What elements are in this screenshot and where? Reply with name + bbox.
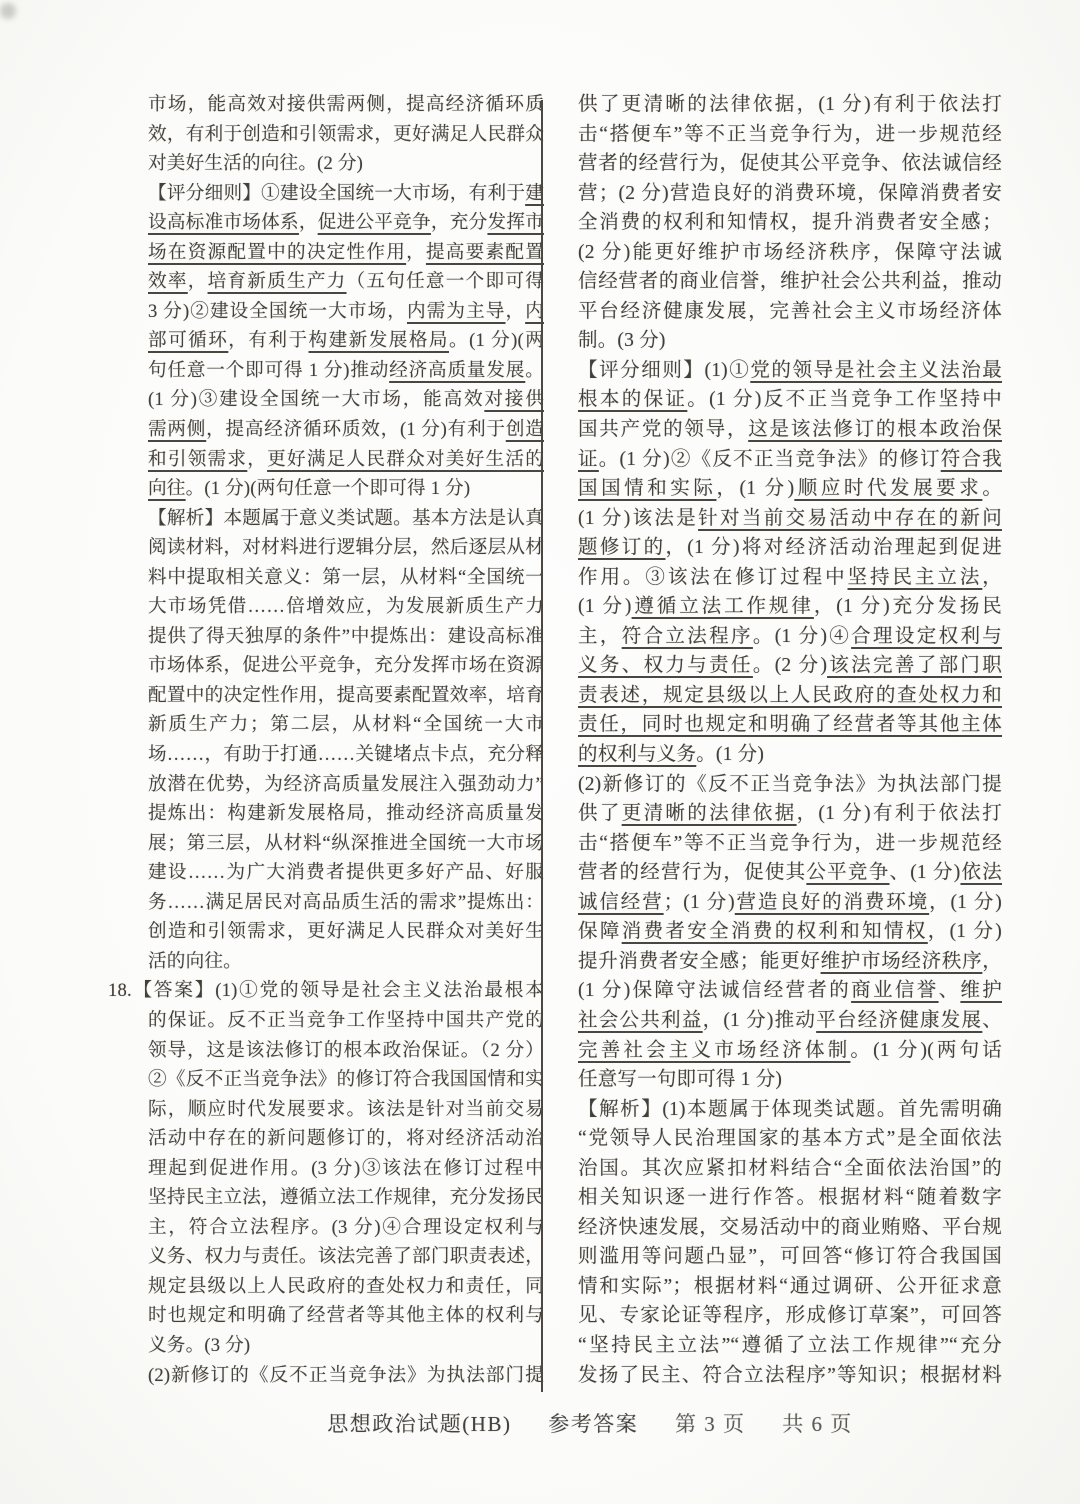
text-line: 提供了得天独厚的条件”中提炼出：建设高标准 [108, 622, 544, 652]
text-line: 制。(3 分) [578, 326, 1002, 356]
text-line: 国共产党的领导，这是该法修订的根本政治保 [578, 415, 1002, 445]
text-line: 则滥用等问题凸显”，可回答“修订符合我国国 [578, 1242, 1002, 1272]
text-line: 向往。(1 分)(两句任意一个即可得 1 分) [108, 474, 544, 504]
text-line: 提升消费者安全感；能更好维护市场经济秩序， [578, 947, 1002, 977]
text-line: 坚持民主立法，遵循立法工作规律，充分发扬民 [108, 1183, 544, 1213]
text-line: 社会公共利益，(1 分)推动平台经济健康发展、 [578, 1006, 1002, 1036]
text-line: 务……满足居民对高品质生活的需求”提炼出： [108, 888, 544, 918]
text-line: 击“搭便车”等不正当竞争行为，进一步规范经 [578, 120, 1002, 150]
page-total: 共 6 页 [782, 1412, 853, 1436]
text-line: 活的向往。 [108, 947, 544, 977]
text-line: 【评分细则】(1)①党的领导是社会主义法治最 [578, 356, 1002, 386]
text-line: 放潜在优势，为经济高质量发展注入强劲动力” [108, 770, 544, 800]
text-line: 发扬了民主、符合立法程序”等知识；根据材料 [578, 1361, 1002, 1391]
text-line: 平台经济健康发展，完善社会主义市场经济体 [578, 297, 1002, 327]
text-line: 证。(1 分)②《反不正当竞争法》的修订符合我 [578, 445, 1002, 475]
text-line: 根本的保证。(1 分)反不正当竞争工作坚持中 [578, 385, 1002, 415]
section-label: 参考答案 [548, 1412, 638, 1436]
text-line: 义务。(3 分) [108, 1331, 544, 1361]
text-line: 治国。其次应紧扣材料结合“全面依法治国”的 [578, 1154, 1002, 1184]
text-line: 提炼出：构建新发展格局，推动经济高质量发 [108, 799, 544, 829]
page-number: 第 3 页 [675, 1412, 746, 1436]
text-line: 主，符合立法程序。(1 分)④合理设定权利与 [578, 622, 1002, 652]
text-line: 全消费的权利和知情权，提升消费者安全感； [578, 208, 1002, 238]
scanned-answer-page: 市场，能高效对接供需两侧，提高经济循环质效，有利于创造和引领需求，更好满足人民群… [0, 0, 1080, 1504]
text-line: 阅读材料，对材料进行逻辑分层，然后逐层从材 [108, 533, 544, 563]
text-line: 义务、权力与责任。(2 分)该法完善了部门职 [578, 651, 1002, 681]
text-line: 义务、权力与责任。该法完善了部门职责表述， [108, 1242, 544, 1272]
text-line: 营者的经营行为，促使其公平竞争、(1 分)依法 [578, 858, 1002, 888]
text-line: 理起到促进作用。(3 分)③该法在修订过程中 [108, 1154, 544, 1184]
text-line: 领导，这是该法修订的根本政治保证。（2 分） [108, 1036, 544, 1066]
text-line: 作用。③该法在修订过程中坚持民主立法， [578, 563, 1002, 593]
text-line: 建设……为广大消费者提供更多好产品、好服 [108, 858, 544, 888]
text-line: 营者的经营行为，促使其公平竞争、依法诚信经 [578, 149, 1002, 179]
column-divider-rule [541, 100, 543, 1392]
text-line: ②《反不正当竞争法》的修订符合我国国情和实 [108, 1065, 544, 1095]
text-line: 的保证。反不正当竞争工作坚持中国共产党的 [108, 1006, 544, 1036]
text-line: 创造和引领需求，更好满足人民群众对美好生 [108, 917, 544, 947]
text-line: 相关知识逐一进行作答。根据材料“随着数字 [578, 1183, 1002, 1213]
text-line: 新质生产力；第二层，从材料“全国统一大市 [108, 710, 544, 740]
text-line: “党领导人民治理国家的基本方式”是全面依法 [578, 1124, 1002, 1154]
text-line: 的权利与义务。(1 分) [578, 740, 1002, 770]
text-line: 【解析】本题属于意义类试题。基本方法是认真 [108, 504, 544, 534]
text-line: 经济快速发展，交易活动中的商业贿赂、平台规 [578, 1213, 1002, 1243]
text-line: 料中提取相关意义：第一层，从材料“全国统一 [108, 563, 544, 593]
text-line: 活动中存在的新问题修订的，将对经济活动治 [108, 1124, 544, 1154]
text-line: (1 分)保障守法诚信经营者的商业信誉、维护 [578, 976, 1002, 1006]
right-text-column: 供了更清晰的法律依据，(1 分)有利于依法打击“搭便车”等不正当竞争行为，进一步… [578, 90, 1002, 1390]
text-line: 题修订的，(1 分)将对经济活动治理起到促进 [578, 533, 1002, 563]
text-line: 部可循环，有利于构建新发展格局。(1 分)(两 [108, 326, 544, 356]
text-line: 击“搭便车”等不正当竞争行为，进一步规范经 [578, 829, 1002, 859]
text-line: (1 分)③建设全国统一大市场，能高效对接供 [108, 385, 544, 415]
doc-title: 思想政治试题(HB) [327, 1412, 511, 1436]
text-line: 需两侧，提高经济循环质效，(1 分)有利于创造 [108, 415, 544, 445]
text-line: 营；(2 分)营造良好的消费环境，保障消费者安 [578, 179, 1002, 209]
text-line: 【解析】(1)本题属于体现类试题。首先需明确 [578, 1095, 1002, 1125]
text-line: 信经营者的商业信誉，维护社会公共利益，推动 [578, 267, 1002, 297]
text-line: 市场体系，促进公平竞争，充分发挥市场在资源 [108, 651, 544, 681]
text-line: 展；第三层，从材料“纵深推进全国统一大市场 [108, 829, 544, 859]
text-line: 句任意一个即可得 1 分)推动经济高质量发展。 [108, 356, 544, 386]
text-line: 责任，同时也规定和明确了经营者等其他主体 [578, 710, 1002, 740]
left-text-column: 市场，能高效对接供需两侧，提高经济循环质效，有利于创造和引领需求，更好满足人民群… [108, 90, 544, 1390]
text-line: 效，有利于创造和引领需求，更好满足人民群众 [108, 120, 544, 150]
text-line: 际，顺应时代发展要求。该法是针对当前交易 [108, 1095, 544, 1125]
text-line: 国国情和实际，(1 分)顺应时代发展要求。 [578, 474, 1002, 504]
text-line: (1 分)该法是针对当前交易活动中存在的新问 [578, 504, 1002, 534]
text-line: 规定县级以上人民政府的查处权力和责任，同 [108, 1272, 544, 1302]
text-line: 保障消费者安全消费的权利和知情权，(1 分) [578, 917, 1002, 947]
text-line: 18.【答案】(1)①党的领导是社会主义法治最根本 [108, 976, 544, 1006]
text-line: 设高标准市场体系，促进公平竞争，充分发挥市 [108, 208, 544, 238]
text-line: 和引领需求，更好满足人民群众对美好生活的 [108, 445, 544, 475]
text-line: 市场，能高效对接供需两侧，提高经济循环质 [108, 90, 544, 120]
page-footer: 思想政治试题(HB) 参考答案 第 3 页 共 6 页 [80, 1408, 1080, 1438]
text-line: 完善社会主义市场经济体制。(1 分)(两句话 [578, 1036, 1002, 1066]
text-line: (2 分)能更好维护市场经济秩序，保障守法诚 [578, 238, 1002, 268]
text-line: (1 分)遵循立法工作规律，(1 分)充分发扬民 [578, 592, 1002, 622]
text-line: 配置中的决定性作用，提高要素配置效率，培育 [108, 681, 544, 711]
text-line: (2)新修订的《反不正当竞争法》为执法部门提 [108, 1361, 544, 1391]
text-line: 情和实际”；根据材料“通过调研、公开征求意 [578, 1272, 1002, 1302]
text-line: 诚信经营；(1 分)营造良好的消费环境，(1 分) [578, 888, 1002, 918]
text-line: 3 分)②建设全国统一大市场，内需为主导，内 [108, 297, 544, 327]
text-line: 任意写一句即可得 1 分) [578, 1065, 1002, 1095]
text-line: 效率，培育新质生产力（五句任意一个即可得 [108, 267, 544, 297]
text-line: (2)新修订的《反不正当竞争法》为执法部门提 [578, 770, 1002, 800]
text-line: 责表述，规定县级以上人民政府的查处权力和 [578, 681, 1002, 711]
text-line: 大市场凭借……倍增效应，为发展新质生产力 [108, 592, 544, 622]
text-line: 时也规定和明确了经营者等其他主体的权利与 [108, 1301, 544, 1331]
text-line: 【评分细则】①建设全国统一大市场，有利于建 [108, 179, 544, 209]
text-line: 供了更清晰的法律依据，(1 分)有利于依法打 [578, 90, 1002, 120]
text-line: 场……，有助于打通……关键堵点卡点，充分释 [108, 740, 544, 770]
scan-artifact [0, 3, 16, 19]
text-line: “坚持民主立法”“遵循了立法工作规律”“充分 [578, 1331, 1002, 1361]
text-line: 主，符合立法程序。(3 分)④合理设定权利与 [108, 1213, 544, 1243]
text-line: 场在资源配置中的决定性作用，提高要素配置 [108, 238, 544, 268]
text-line: 见、专家论证等程序，形成修订草案”，可回答 [578, 1301, 1002, 1331]
text-line: 供了更清晰的法律依据，(1 分)有利于依法打 [578, 799, 1002, 829]
text-line: 对美好生活的向往。(2 分) [108, 149, 544, 179]
